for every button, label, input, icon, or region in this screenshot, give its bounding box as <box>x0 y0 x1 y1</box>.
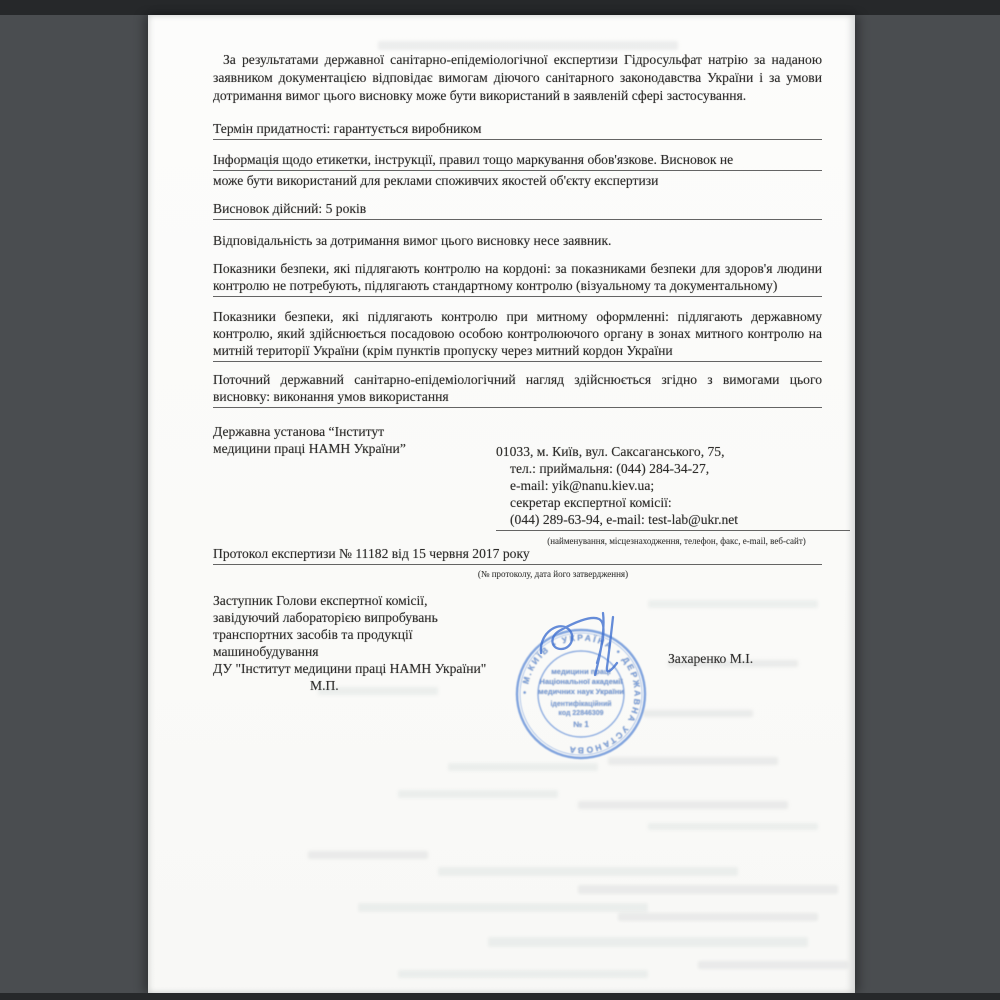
field-customs-line-3: митній території України (крім пунктів п… <box>213 342 822 362</box>
stamp-text-line-4: ідентифікаційний <box>550 700 611 708</box>
protocol-caption: (№ протоколу, дата його затвердження) <box>328 566 778 583</box>
bleed-through-mark <box>378 41 678 50</box>
handwritten-signature <box>533 605 643 690</box>
field-surveillance-line-2: висновку: виконання умов використання <box>213 388 822 408</box>
intro-line-2: заявником документацією відповідає вимог… <box>213 69 822 86</box>
institution-name-line-1: Державна установа “Інститут <box>213 423 493 440</box>
field-customs-line-1: Показники безпеки, які підлягають контро… <box>213 308 822 325</box>
bleed-through-mark <box>438 867 738 876</box>
bleed-through-mark <box>643 710 753 717</box>
field-responsibility: Відповідальність за дотримання вимог цьо… <box>213 232 822 249</box>
bleed-through-mark <box>308 851 428 859</box>
field-labelling-line-1: Інформація щодо етикетки, інструкції, пр… <box>213 151 822 171</box>
field-shelf-life: Термін придатності: гарантується виробни… <box>213 120 822 140</box>
bleed-through-mark <box>398 790 558 798</box>
field-border-line-2: контролю не потребують, підлягають станд… <box>213 277 822 297</box>
secretary-label: секретар експертної комісії: <box>496 494 858 511</box>
bleed-through-mark <box>578 801 788 809</box>
field-surveillance-line-1: Поточний державний санітарно-епідеміолог… <box>213 371 822 388</box>
institution-email: e-mail: yik@nanu.kiev.ua; <box>496 477 858 494</box>
bleed-through-mark <box>398 970 648 978</box>
institution-name-line-2: медицини праці НАМН України” <box>213 440 493 457</box>
document-content: За результатами державної санітарно-епід… <box>148 15 855 993</box>
field-labelling-line-2: може бути використаний для реклами спожи… <box>213 172 822 189</box>
bleed-through-mark <box>608 757 778 765</box>
bleed-through-mark <box>488 937 808 947</box>
intro-line-1: За результатами державної санітарно-епід… <box>213 51 822 68</box>
document-page: За результатами державної санітарно-епід… <box>148 15 855 993</box>
bleed-through-mark <box>648 600 818 608</box>
bleed-through-mark <box>668 660 798 667</box>
bleed-through-mark <box>578 885 838 894</box>
secretary-contact: (044) 289-63-94, e-mail: test-lab@ukr.ne… <box>496 511 850 531</box>
institution-address: 01033, м. Київ, вул. Саксаганського, 75, <box>496 443 844 460</box>
viewer-bottom-bar <box>0 993 1000 1000</box>
institution-phone: тел.: приймальня: (044) 284-34-27, <box>496 460 858 477</box>
bleed-through-mark <box>318 687 438 695</box>
intro-line-3: дотримання вимог цього висновку може бут… <box>213 87 822 104</box>
stamp-text-line-6: № 1 <box>573 720 589 729</box>
bleed-through-mark <box>648 823 818 830</box>
bleed-through-mark <box>448 763 598 771</box>
field-customs-line-2: контролю, який здійснюється посадовою ос… <box>213 325 822 342</box>
viewer-top-bar <box>0 0 1000 15</box>
field-validity: Висновок дійсний: 5 років <box>213 200 822 220</box>
protocol-line: Протокол експертизи № 11182 від 15 червн… <box>213 545 822 565</box>
field-border-line-1: Показники безпеки, які підлягають контро… <box>213 260 822 277</box>
bleed-through-mark <box>358 903 648 912</box>
stamp-text-line-5: код 22846309 <box>558 710 603 717</box>
bleed-through-mark <box>698 961 848 969</box>
bleed-through-mark <box>618 913 818 921</box>
